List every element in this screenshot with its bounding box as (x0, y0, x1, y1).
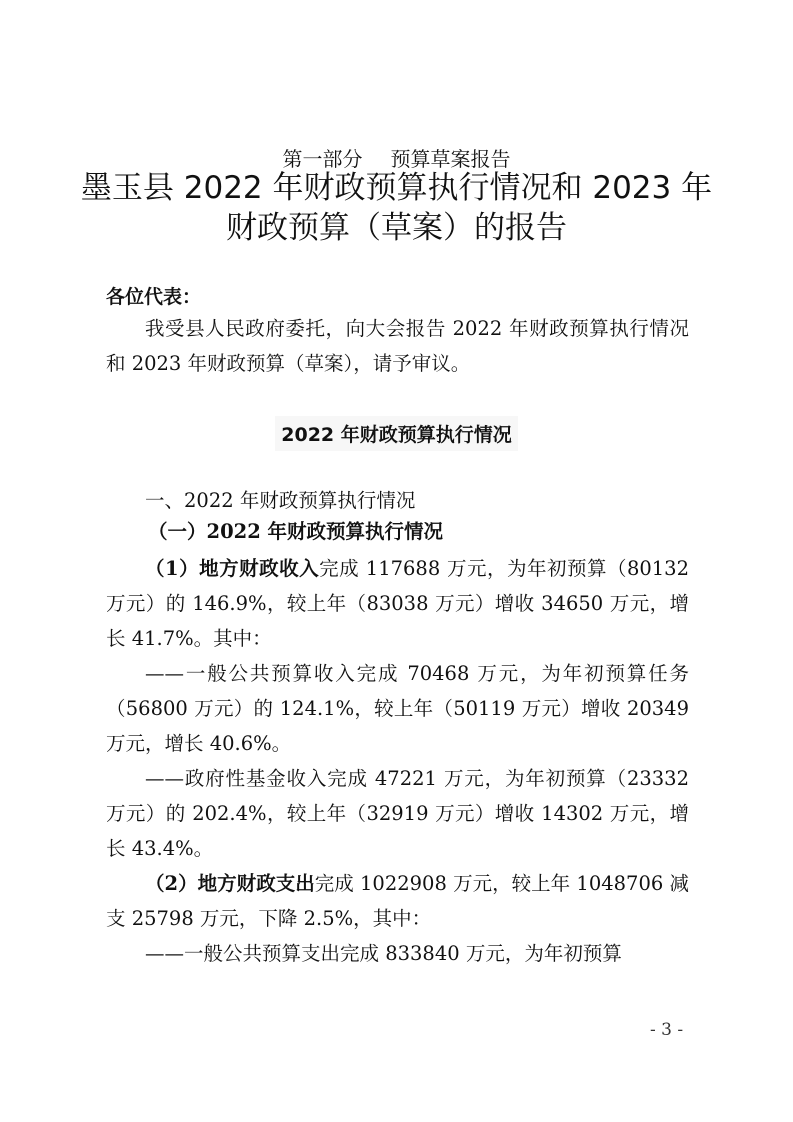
report-title: 墨玉县 2022 年财政预算执行情况和 2023 年 财政预算（草案）的报告 (0, 168, 793, 248)
paragraph-expenditure: （2）地方财政支出完成 1022908 万元，较上年 1048706 减支 25… (106, 866, 689, 936)
paragraph-text: ——一般公共预算收入完成 70468 万元，为年初预算任务（56800 万元）的… (106, 662, 689, 755)
paragraph-general-revenue: ——一般公共预算收入完成 70468 万元，为年初预算任务（56800 万元）的… (106, 656, 689, 761)
section-heading-text: 2022 年财政预算执行情况 (275, 416, 518, 451)
page-number: - 3 - (650, 1020, 683, 1040)
paragraph-fund-revenue: ——政府性基金收入完成 47221 万元，为年初预算（23332 万元）的 20… (106, 761, 689, 866)
salutation: 各位代表： (106, 282, 201, 309)
paragraph-lead: （1）地方财政收入 (145, 557, 319, 580)
paragraph-general-expenditure: ——一般公共预算支出完成 833840 万元，为年初预算 (106, 936, 689, 971)
section-heading: 2022 年财政预算执行情况 (0, 416, 793, 451)
heading-level-1: 一、2022 年财政预算执行情况 (145, 485, 415, 513)
paragraph-text: ——一般公共预算支出完成 833840 万元，为年初预算 (145, 942, 622, 965)
paragraph-lead: （2）地方财政支出 (145, 872, 315, 895)
report-title-line-2: 财政预算（草案）的报告 (0, 208, 793, 248)
document-page: 第一部分预算草案报告 墨玉县 2022 年财政预算执行情况和 2023 年 财政… (0, 0, 793, 1122)
paragraph-revenue: （1）地方财政收入完成 117688 万元，为年初预算（80132 万元）的 1… (106, 551, 689, 656)
report-title-line-1: 墨玉县 2022 年财政预算执行情况和 2023 年 (0, 168, 793, 208)
intro-paragraph: 我受县人民政府委托，向大会报告 2022 年财政预算执行情况和 2023 年财政… (106, 311, 689, 381)
paragraph-text: ——政府性基金收入完成 47221 万元，为年初预算（23332 万元）的 20… (106, 767, 689, 860)
heading-level-2: （一）2022 年财政预算执行情况 (148, 516, 443, 544)
